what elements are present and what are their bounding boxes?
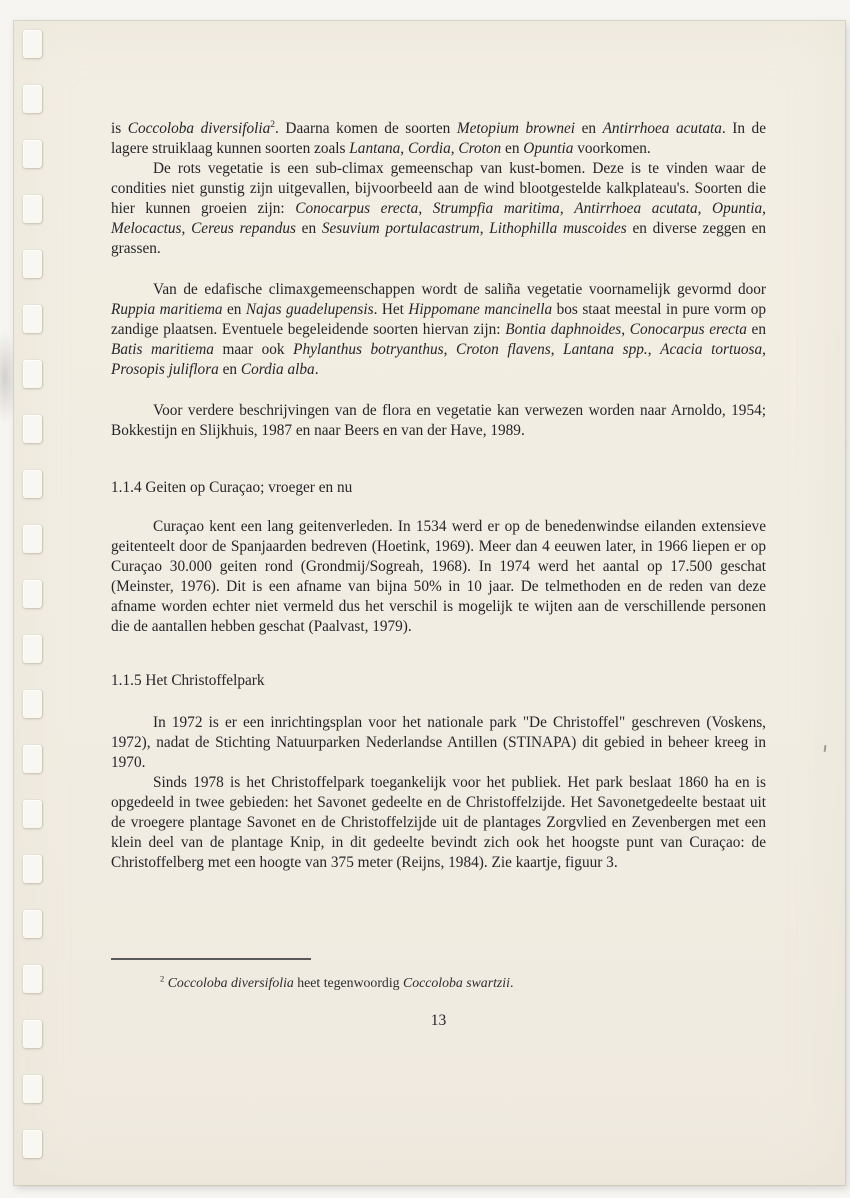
section-heading-1-1-4: 1.1.4 Geiten op Curaçao; vroeger en nu: [111, 478, 766, 498]
binding-hole: [23, 1075, 42, 1103]
paragraph-canopy-species: is Coccoloba diversifolia2. Daarna komen…: [111, 119, 766, 159]
binding-hole: [23, 910, 42, 938]
binding-hole: [23, 1020, 42, 1048]
footnote-text: 2 Coccoloba diversifolia heet tegenwoord…: [111, 974, 766, 992]
binding-hole: [23, 415, 42, 443]
document-page: is Coccoloba diversifolia2. Daarna komen…: [14, 21, 845, 1185]
scan-speck: [824, 745, 827, 752]
binding-hole: [23, 525, 42, 553]
page-number: 13: [111, 1012, 766, 1030]
section-heading-1-1-5: 1.1.5 Het Christoffelpark: [111, 671, 766, 691]
paragraph-inrichtingsplan: In 1972 is er een inrichtingsplan voor h…: [111, 713, 766, 773]
paragraph-rots-vegetatie: De rots vegetatie is een sub-climax geme…: [111, 159, 766, 259]
binding-hole: [23, 635, 42, 663]
paragraph-park-gebieden: Sinds 1978 is het Christoffelpark toegan…: [111, 773, 766, 873]
binding-hole: [23, 85, 42, 113]
footnote: 2 Coccoloba diversifolia heet tegenwoord…: [111, 958, 766, 992]
binding-hole: [23, 800, 42, 828]
binding-hole: [23, 965, 42, 993]
binding-hole: [23, 360, 42, 388]
binding-hole: [23, 250, 42, 278]
binding-hole: [23, 470, 42, 498]
binding-hole: [23, 195, 42, 223]
binding-hole: [23, 745, 42, 773]
page-body: is Coccoloba diversifolia2. Daarna komen…: [111, 119, 766, 873]
binding-hole: [23, 140, 42, 168]
footnote-rule: [111, 958, 311, 960]
paragraph-geiten-historie: Curaçao kent een lang geitenverleden. In…: [111, 517, 766, 637]
binding-hole: [23, 580, 42, 608]
binding-holes-column: [23, 30, 43, 1185]
binding-hole: [23, 30, 42, 58]
binding-hole: [23, 690, 42, 718]
paragraph-edafische-climax: Van de edafische climaxgemeenschappen wo…: [111, 280, 766, 380]
paragraph-flora-referenties: Voor verdere beschrijvingen van de flora…: [111, 401, 766, 441]
binding-hole: [23, 855, 42, 883]
binding-hole: [23, 305, 42, 333]
binding-hole: [23, 1130, 42, 1158]
